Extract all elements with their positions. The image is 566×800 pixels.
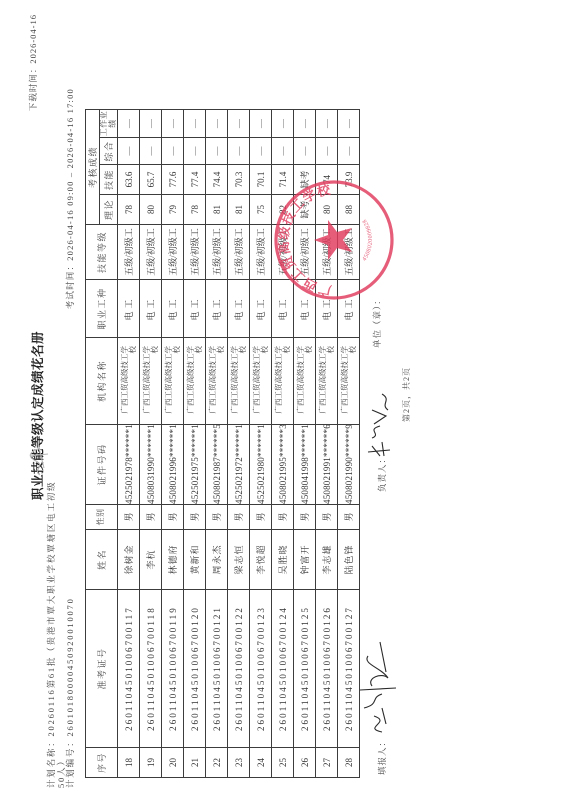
plan-info: 计划名称：20260116第61批（贵港市覃大职业学校覃塘区电工初级 50人） … <box>47 470 76 788</box>
cell-seq: 19 <box>140 748 162 778</box>
cell-seq: 20 <box>162 748 184 778</box>
cell-name: 钟富开 <box>294 530 316 590</box>
table-row: 192601104501006700118李杭男4508031990******… <box>140 109 162 777</box>
cell-gender: 男 <box>272 505 294 530</box>
header-level: 技能等级 <box>86 225 118 280</box>
cell-occupation: 电工 <box>140 280 162 338</box>
cell-gender: 男 <box>118 505 140 530</box>
cell-level: 五级/初级工 <box>140 225 162 280</box>
cell-exam-no: 2601104501006700125 <box>294 590 316 748</box>
cell-seq: 26 <box>294 748 316 778</box>
cell-occupation: 电工 <box>228 280 250 338</box>
cell-gender: 男 <box>140 505 162 530</box>
cell-id-no: 4508021990******90 <box>338 425 360 505</box>
cell-institution: 广西工贸高级技工学校 <box>140 338 162 425</box>
cell-performance: — <box>162 109 184 137</box>
unit-seal-label: 单位（章）： <box>371 295 383 348</box>
institution-name: 广西工贸高级技工学校 <box>143 346 159 416</box>
official-stamp-icon: 广西工贸高级技工学校 4508020009828 <box>272 178 396 302</box>
cell-name: 周永杰 <box>206 530 228 590</box>
cell-theory: 78 <box>118 195 140 225</box>
header-skill: 技能 <box>100 165 118 195</box>
cell-id-no: 4508021996******14 <box>162 425 184 505</box>
cell-institution: 广西工贸高级技工学校 <box>184 338 206 425</box>
cell-occupation: 电工 <box>162 280 184 338</box>
cell-skill: 70.3 <box>228 165 250 195</box>
header-score-group: 考核成绩 <box>86 109 100 224</box>
cell-skill: 63.6 <box>118 165 140 195</box>
cell-id-no: 4525021980******17 <box>250 425 272 505</box>
institution-name: 广西工贸高级技工学校 <box>231 346 247 416</box>
cell-skill: 77.6 <box>162 165 184 195</box>
cell-seq: 25 <box>272 748 294 778</box>
cell-performance: — <box>338 109 360 137</box>
cell-theory: 80 <box>140 195 162 225</box>
plan-code: 计划编号：26010180000450920010070 <box>66 470 76 788</box>
cell-theory: 78 <box>184 195 206 225</box>
cell-name: 梁志恒 <box>228 530 250 590</box>
cell-occupation: 电工 <box>184 280 206 338</box>
cell-overall: — <box>118 138 140 165</box>
table-row: 202601104501006700119林德府男4508021996*****… <box>162 109 184 777</box>
cell-overall: — <box>162 138 184 165</box>
cell-gender: 男 <box>338 505 360 530</box>
header-overall: 综合 <box>100 138 118 165</box>
svg-text:4508020009828: 4508020009828 <box>362 218 374 263</box>
cell-name: 李悦超 <box>250 530 272 590</box>
cell-name: 黄新和 <box>184 530 206 590</box>
download-time: 下载时间：2026-04-16 <box>27 14 39 111</box>
cell-theory: 81 <box>228 195 250 225</box>
cell-id-no: 4508021991******6X <box>316 425 338 505</box>
document-page: 职业技能等级认定成绩花名册 下载时间：2026-04-16 计划名称：20260… <box>0 0 566 800</box>
cell-exam-no: 2601104501006700124 <box>272 590 294 748</box>
cell-seq: 21 <box>184 748 206 778</box>
cell-gender: 男 <box>184 505 206 530</box>
cell-institution: 广西工贸高级技工学校 <box>228 338 250 425</box>
cell-performance: — <box>272 109 294 137</box>
cell-performance: — <box>228 109 250 137</box>
institution-name: 广西工贸高级技工学校 <box>341 346 357 416</box>
header-exam-no: 准考证号 <box>86 590 118 748</box>
cell-institution: 广西工贸高级技工学校 <box>250 338 272 425</box>
institution-name: 广西工贸高级技工学校 <box>209 346 225 416</box>
cell-overall: — <box>316 138 338 165</box>
stamp-number: 4508020009828 <box>362 218 374 263</box>
header-seq: 序号 <box>86 748 118 778</box>
cell-institution: 广西工贸高级技工学校 <box>294 338 316 425</box>
cell-overall: — <box>140 138 162 165</box>
institution-name: 广西工贸高级技工学校 <box>165 346 181 416</box>
cell-theory: 75 <box>250 195 272 225</box>
director-signature-icon <box>362 390 398 460</box>
header-id-no: 证件号码 <box>86 425 118 505</box>
cell-institution: 广西工贸高级技工学校 <box>162 338 184 425</box>
table-row: 232601104501006700122梁志恒男4525021972*****… <box>228 109 250 777</box>
cell-skill: 70.1 <box>250 165 272 195</box>
cell-level: 五级/初级工 <box>228 225 250 280</box>
cell-overall: — <box>206 138 228 165</box>
table-row: 222601104501006700121周永杰男4508021987*****… <box>206 109 228 777</box>
cell-skill: 65.7 <box>140 165 162 195</box>
cell-gender: 男 <box>294 505 316 530</box>
cell-exam-no: 2601104501006700119 <box>162 590 184 748</box>
cell-id-no: 4525021978******18 <box>118 425 140 505</box>
cell-exam-no: 2601104501006700121 <box>206 590 228 748</box>
header-performance: 工作业绩 <box>100 109 118 137</box>
cell-performance: — <box>250 109 272 137</box>
cell-name: 吴胜晓 <box>272 530 294 590</box>
cell-skill: 77.4 <box>184 165 206 195</box>
cell-occupation: 电工 <box>206 280 228 338</box>
cell-theory: 81 <box>206 195 228 225</box>
institution-name: 广西工贸高级技工学校 <box>275 346 291 416</box>
institution-name: 广西工贸高级技工学校 <box>253 346 269 416</box>
header-occupation: 职业工种 <box>86 280 118 338</box>
cell-seq: 22 <box>206 748 228 778</box>
cell-id-no: 4508031990******17 <box>140 425 162 505</box>
header-institution: 机构名称 <box>86 338 118 425</box>
cell-overall: — <box>228 138 250 165</box>
cell-level: 五级/初级工 <box>250 225 272 280</box>
cell-gender: 男 <box>316 505 338 530</box>
cell-name: 李志雄 <box>316 530 338 590</box>
institution-name: 广西工贸高级技工学校 <box>121 346 137 416</box>
cell-level: 五级/初级工 <box>184 225 206 280</box>
cell-seq: 24 <box>250 748 272 778</box>
cell-id-no: 4525021975******12 <box>184 425 206 505</box>
cell-id-no: 4525021972******19 <box>228 425 250 505</box>
cell-overall: — <box>250 138 272 165</box>
cell-occupation: 电工 <box>250 280 272 338</box>
cell-name: 陆色锋 <box>338 530 360 590</box>
cell-exam-no: 2601104501006700123 <box>250 590 272 748</box>
institution-name: 广西工贸高级技工学校 <box>187 346 203 416</box>
cell-institution: 广西工贸高级技工学校 <box>272 338 294 425</box>
cell-name: 林德府 <box>162 530 184 590</box>
cell-id-no: 4508021995******34 <box>272 425 294 505</box>
table-row: 212601104501006700120黄新和男4525021975*****… <box>184 109 206 777</box>
header-name: 姓名 <box>86 530 118 590</box>
cell-institution: 广西工贸高级技工学校 <box>118 338 140 425</box>
cell-performance: — <box>140 109 162 137</box>
cell-performance: — <box>118 109 140 137</box>
cell-seq: 23 <box>228 748 250 778</box>
cell-performance: — <box>184 109 206 137</box>
page-indicator: 第2页，共2页 <box>401 367 412 422</box>
cell-occupation: 电工 <box>118 280 140 338</box>
cell-seq: 27 <box>316 748 338 778</box>
cell-exam-no: 2601104501006700126 <box>316 590 338 748</box>
cell-institution: 广西工贸高级技工学校 <box>338 338 360 425</box>
cell-exam-no: 2601104501006700122 <box>228 590 250 748</box>
cell-exam-no: 2601104501006700118 <box>140 590 162 748</box>
cell-gender: 男 <box>228 505 250 530</box>
cell-skill: 74.4 <box>206 165 228 195</box>
cell-institution: 广西工贸高级技工学校 <box>206 338 228 425</box>
exam-time: 考试时间：2026-04-16 09:00 – 2026-04-16 17:00 <box>64 88 76 309</box>
filler-signature-icon <box>352 638 402 738</box>
cell-level: 五级/初级工 <box>206 225 228 280</box>
table-row: 182601104501006700117徐树金男4525021978*****… <box>118 109 140 777</box>
cell-performance: — <box>294 109 316 137</box>
institution-name: 广西工贸高级技工学校 <box>297 346 313 416</box>
cell-institution: 广西工贸高级技工学校 <box>316 338 338 425</box>
cell-level: 五级/初级工 <box>118 225 140 280</box>
cell-performance: — <box>206 109 228 137</box>
cell-gender: 男 <box>162 505 184 530</box>
cell-id-no: 4508041998******15 <box>294 425 316 505</box>
cell-name: 李杭 <box>140 530 162 590</box>
cell-gender: 男 <box>206 505 228 530</box>
header-theory: 理论 <box>100 195 118 225</box>
table-row: 242601104501006700123李悦超男4525021980*****… <box>250 109 272 777</box>
cell-gender: 男 <box>250 505 272 530</box>
cell-overall: — <box>338 138 360 165</box>
institution-name: 广西工贸高级技工学校 <box>319 346 335 416</box>
cell-seq: 28 <box>338 748 360 778</box>
cell-overall: — <box>184 138 206 165</box>
cell-id-no: 4508021987******53 <box>206 425 228 505</box>
cell-level: 五级/初级工 <box>162 225 184 280</box>
filler-label: 填报人： <box>376 737 388 775</box>
cell-performance: — <box>316 109 338 137</box>
header-gender: 性别 <box>86 505 118 530</box>
cell-name: 徐树金 <box>118 530 140 590</box>
header-row: 序号 准考证号 姓名 性别 证件号码 机构名称 职业工种 技能等级 考核成绩 <box>86 109 100 777</box>
cell-exam-no: 2601104501006700120 <box>184 590 206 748</box>
cell-seq: 18 <box>118 748 140 778</box>
cell-exam-no: 2601104501006700117 <box>118 590 140 748</box>
plan-name: 计划名称：20260116第61批（贵港市覃大职业学校覃塘区电工初级 50人） <box>47 470 66 788</box>
cell-overall: — <box>294 138 316 165</box>
cell-overall: — <box>272 138 294 165</box>
cell-theory: 79 <box>162 195 184 225</box>
